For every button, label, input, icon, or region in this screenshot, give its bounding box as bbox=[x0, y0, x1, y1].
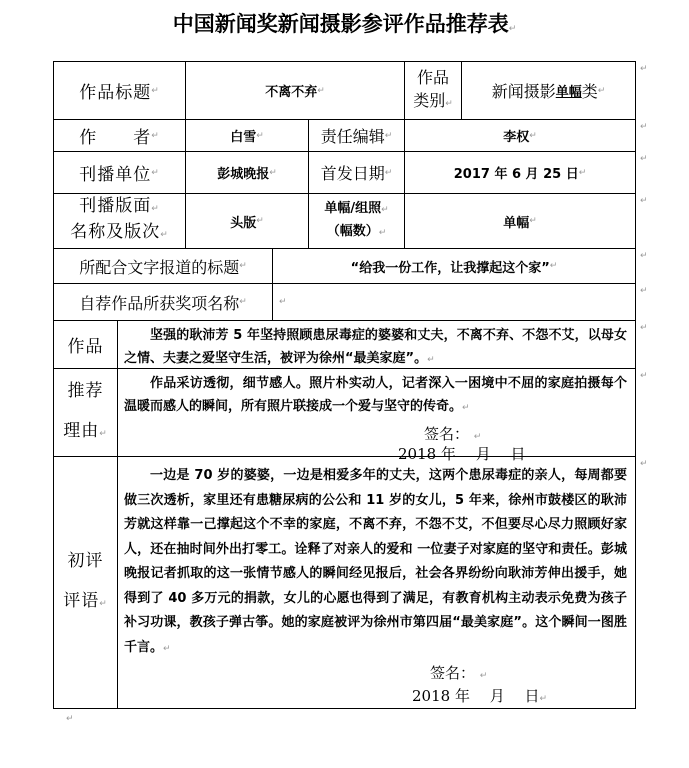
page-section-label: 刊播版面↵ 名称及版次↵ bbox=[53, 193, 186, 249]
row-end-mark: ↵ bbox=[640, 459, 648, 469]
recommendation-label: 推荐 理由↵ bbox=[53, 368, 118, 457]
form-title: 中国新闻奖新闻摄影参评作品推荐表↵ bbox=[0, 8, 689, 38]
article-title-value[interactable]: “给我一份工作，让我撑起这个家”↵ bbox=[272, 248, 636, 284]
article-title-label: 所配合文字报道的标题↵ bbox=[53, 248, 273, 284]
work-section-label: 作品 bbox=[53, 320, 118, 369]
page-section-value[interactable]: 头版↵ bbox=[185, 193, 309, 249]
recommendation-text[interactable]: 作品采访透彻，细节感人。照片朴实动人，记者深入一困境中不屈的家庭拍摄每个温暖而感… bbox=[117, 368, 636, 457]
review-text[interactable]: 一边是 70 岁的婆婆，一边是相爱多年的丈夫，这两个患尿毒症的亲人，每周都要做三… bbox=[117, 456, 636, 709]
row-end-mark: ↵ bbox=[640, 286, 648, 296]
row-end-mark: ↵ bbox=[640, 154, 648, 164]
author-label: 作 者↵ bbox=[53, 119, 186, 152]
publisher-value[interactable]: 彭城晚报↵ bbox=[185, 151, 309, 194]
review-label: 初评 评语↵ bbox=[53, 456, 118, 709]
recommendation-signature: 签名： ↵ bbox=[424, 423, 481, 444]
editor-value[interactable]: 李权↵ bbox=[404, 119, 636, 152]
row-end-mark: ↵ bbox=[640, 323, 648, 333]
photo-type-value[interactable]: 单幅↵ bbox=[404, 193, 636, 249]
first-pub-date-value[interactable]: 2017 年 6 月 25 日↵ bbox=[404, 151, 636, 194]
photo-type-label: 单幅/组照↵ （幅数）↵ bbox=[308, 193, 405, 249]
editor-label: 责任编辑↵ bbox=[308, 119, 405, 152]
row-end-mark: ↵ bbox=[640, 371, 648, 381]
first-pub-date-label: 首发日期↵ bbox=[308, 151, 405, 194]
publisher-label: 刊播单位↵ bbox=[53, 151, 186, 194]
row-end-mark: ↵ bbox=[640, 122, 648, 132]
awards-value[interactable]: ↵ bbox=[272, 283, 636, 321]
trailing-paragraph-mark: ↵ bbox=[66, 714, 74, 724]
work-description[interactable]: 坚强的耿沛芳 5 年坚持照顾患尿毒症的婆婆和丈夫，不离不弃、不怨不艾，以母女之情… bbox=[117, 320, 636, 369]
work-title-label: 作品标题↵ bbox=[53, 61, 186, 120]
row-end-mark: ↵ bbox=[640, 196, 648, 206]
row-end-mark: ↵ bbox=[640, 64, 648, 74]
awards-label: 自荐作品所获奖项名称↵ bbox=[53, 283, 273, 321]
work-title-value[interactable]: 不离不弃↵ bbox=[185, 61, 405, 120]
row-end-mark: ↵ bbox=[640, 251, 648, 261]
author-value[interactable]: 白雪↵ bbox=[185, 119, 309, 152]
review-signature: 签名： ↵ bbox=[430, 662, 487, 683]
category-value[interactable]: 新闻摄影 单幅 类↵ bbox=[461, 61, 636, 120]
review-date: 2018 年 月 日↵ bbox=[412, 685, 547, 706]
category-label: 作品 类别↵ bbox=[404, 61, 462, 120]
